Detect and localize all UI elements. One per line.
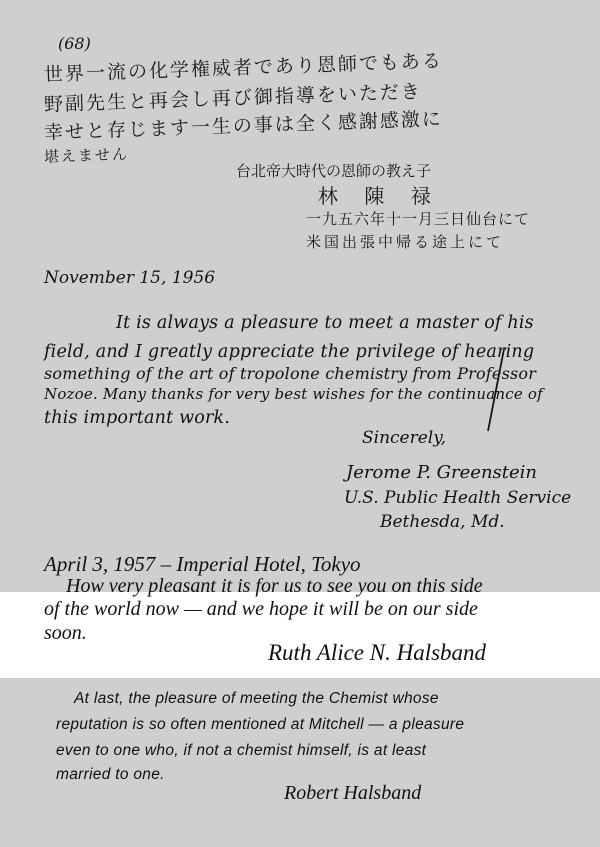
note-line: It is always a pleasure to meet a master…	[116, 313, 534, 333]
jp-date-line: 一九五六年十一月三日仙台にて	[306, 208, 530, 229]
signature-ruth-halsband: Ruth Alice N. Halsband	[268, 640, 486, 666]
jp-line: 堪えません	[44, 143, 130, 167]
signature-greenstein: Jerome P. Greenstein	[346, 462, 537, 483]
jp-signature-name: 林 陳 禄	[318, 180, 441, 209]
note-line: this important work.	[44, 408, 230, 428]
note-date-place: April 3, 1957 – Imperial Hotel, Tokyo	[44, 552, 361, 577]
jp-date-line: 米国出張中帰る途上にて	[306, 231, 504, 252]
note-line: soon.	[44, 622, 87, 645]
note-closing: Sincerely,	[362, 428, 446, 448]
note-line: married to one.	[56, 766, 165, 784]
page-number: (68)	[58, 34, 91, 53]
signature-affiliation: U.S. Public Health Service	[344, 488, 571, 508]
autograph-album-page: (68) 世界一流の化学権威者であり恩師でもある 野副先生と再会し再び御指導をい…	[0, 0, 600, 847]
note-line: of the world now — and we hope it will b…	[44, 598, 478, 621]
signature-location: Bethesda, Md.	[380, 512, 505, 532]
note-line: field, and I greatly appreciate the priv…	[44, 342, 534, 362]
note-line: reputation is so often mentioned at Mitc…	[56, 716, 464, 734]
note-line: Nozoe. Many thanks for very best wishes …	[44, 385, 543, 403]
signature-robert-halsband: Robert Halsband	[284, 782, 421, 805]
note-line: something of the art of tropolone chemis…	[44, 364, 536, 383]
note-date: November 15, 1956	[44, 268, 215, 288]
pen-flourish	[470, 345, 510, 435]
note-line: At last, the pleasure of meeting the Che…	[74, 690, 439, 708]
jp-signature-title: 台北帝大時代の恩師の教え子	[236, 160, 431, 181]
note-line: even to one who, if not a chemist himsel…	[56, 742, 426, 760]
note-line: How very pleasant it is for us to see yo…	[66, 575, 483, 598]
